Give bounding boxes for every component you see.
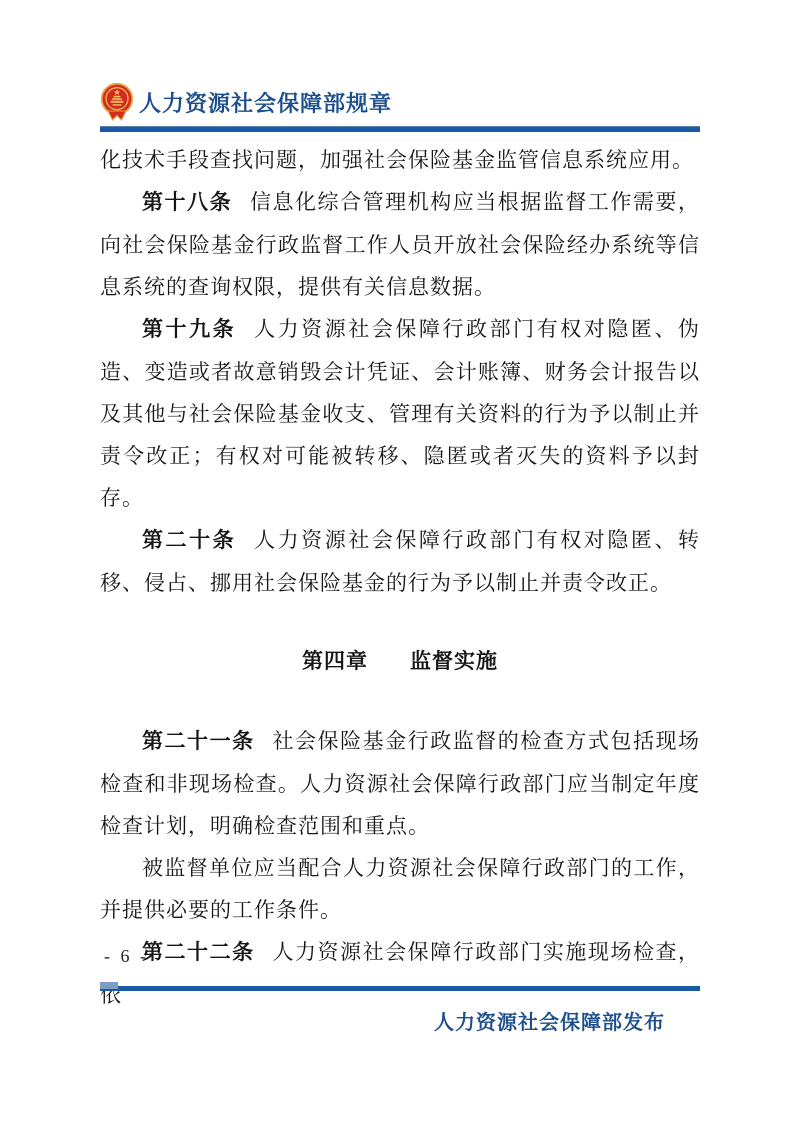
header-title: 人力资源社会保障部规章 bbox=[139, 87, 392, 118]
body-paragraph: 第二十条人力资源社会保障行政部门有权对隐匿、转移、侵占、挪用社会保险基金的行为予… bbox=[100, 519, 700, 604]
body-paragraph: 第二十一条社会保险基金行政监督的检查方式包括现场检查和非现场检查。人力资源社会保… bbox=[100, 720, 700, 847]
paragraph-text: 被监督单位应当配合人力资源社会保障行政部门的工作，并提供必要的工作条件。 bbox=[100, 856, 700, 922]
body-paragraph: 化技术手段查找问题，加强社会保险基金监管信息系统应用。 bbox=[100, 139, 700, 181]
article-number: 第十九条 bbox=[142, 318, 236, 341]
paragraph-text: 监督实施 bbox=[410, 650, 498, 673]
body-paragraph: 第二十二条人力资源社会保障行政部门实施现场检查，依 bbox=[100, 931, 700, 1016]
china-national-emblem-icon bbox=[100, 82, 134, 122]
footer-rule-line bbox=[100, 986, 700, 991]
document-page: 人力资源社会保障部规章 化技术手段查找问题，加强社会保险基金监管信息系统应用。第… bbox=[0, 0, 793, 1122]
document-header: 人力资源社会保障部规章 bbox=[100, 82, 700, 132]
paragraph-text: 人力资源社会保障行政部门有权对隐匿、伪造、变造或者故意销毁会计凭证、会计账簿、财… bbox=[100, 317, 700, 510]
body-paragraph: 被监督单位应当配合人力资源社会保障行政部门的工作，并提供必要的工作条件。 bbox=[100, 847, 700, 931]
body-paragraph: 第十九条人力资源社会保障行政部门有权对隐匿、伪造、变造或者故意销毁会计凭证、会计… bbox=[100, 308, 700, 519]
publisher-label: 人力资源社会保障部发布 bbox=[100, 1006, 665, 1035]
document-body: 化技术手段查找问题，加强社会保险基金监管信息系统应用。第十八条信息化综合管理机构… bbox=[100, 139, 700, 1016]
paragraph-text: 化技术手段查找问题，加强社会保险基金监管信息系统应用。 bbox=[100, 148, 694, 172]
body-paragraph: 第十八条信息化综合管理机构应当根据监督工作需要，向社会保险基金行政监督工作人员开… bbox=[100, 181, 700, 308]
article-number: 第十八条 bbox=[142, 191, 232, 214]
article-number: 第二十二条 bbox=[142, 941, 255, 964]
page-number: - 6 - bbox=[104, 946, 149, 967]
chapter-number: 第四章 bbox=[302, 650, 368, 673]
header-rule-line bbox=[100, 126, 700, 132]
article-number: 第二十一条 bbox=[142, 730, 255, 753]
chapter-heading: 第四章监督实施 bbox=[100, 641, 700, 683]
article-number: 第二十条 bbox=[142, 529, 236, 552]
